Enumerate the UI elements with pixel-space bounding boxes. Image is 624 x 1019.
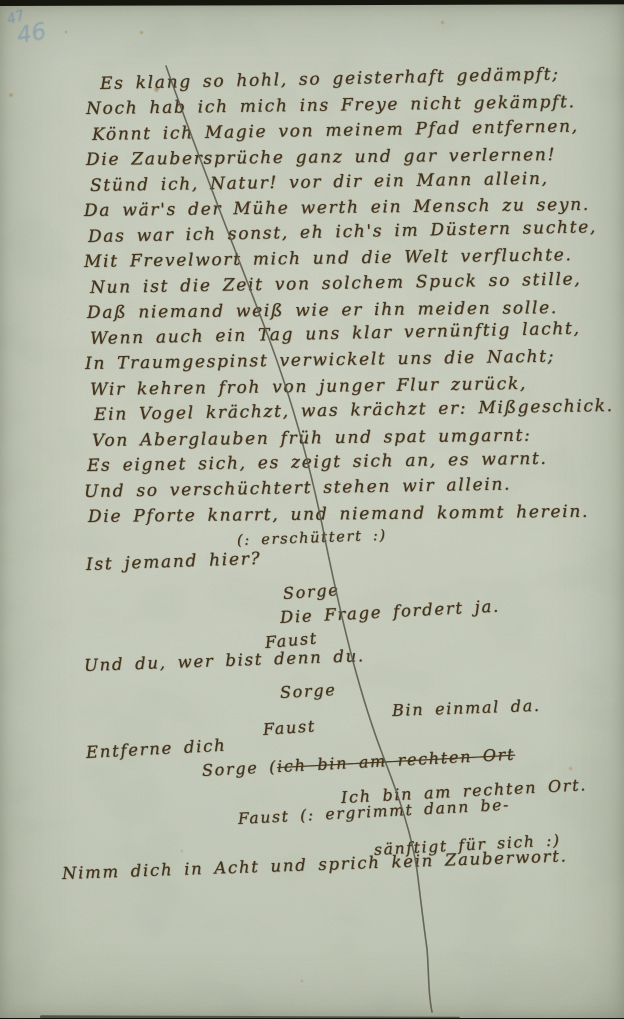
manuscript-line: Faust [262,716,316,739]
manuscript-line: Sorge [280,680,337,702]
manuscript-line: Daß niemand weiß wie er ihn meiden solle… [87,298,558,323]
manuscript-line: Ist jemand hier? [86,549,262,575]
manuscript-line: Die Pforte knarrt, und niemand kommt her… [88,502,589,527]
manuscript-line: Nimm dich in Acht und sprich kein Zauber… [62,846,568,883]
manuscript-line: Bin einmal da. [392,696,541,720]
manuscript-line: In Traumgespinst verwickelt uns die Nach… [85,347,555,374]
manuscript-line: Sorge (ich bin am rechten Ort [202,745,516,780]
manuscript-line: Das war ich sonst, eh ich's im Düstern s… [88,217,597,247]
manuscript-line: Und du, wer bist denn du. [84,646,365,675]
manuscript-line: Und so verschüchtert stehen wir allein. [84,475,512,502]
scan-edge-bottom [40,1015,460,1019]
manuscript-line: (: erschüttert :) [237,528,387,549]
handwritten-text-layer: Es klang so hohl, so geisterhaft gedämpf… [0,4,624,1018]
manuscript-line: Könnt ich Magie von meinem Pfad entferne… [92,117,579,145]
manuscript-screenshot: { "document_colors": { "paper": "#cbd1c2… [0,0,624,1019]
manuscript-line: Wenn auch ein Tag uns klar vernünftig la… [90,319,581,349]
manuscript-line: Die Zaubersprüche ganz und gar verlernen… [86,145,556,170]
manuscript-line: Nun ist die Zeit von solchem Spuck so st… [90,269,582,298]
manuscript-line: Stünd ich, Natur! vor dir ein Mann allei… [90,169,549,196]
manuscript-line: Es eignet sich, es zeigt sich an, es war… [87,449,548,476]
manuscript-line: Von Aberglauben früh und spat umgarnt: [92,426,532,451]
manuscript-line: Noch hab ich mich ins Freye nicht gekämp… [86,92,576,119]
manuscript-line: Wir kehren froh von junger Flur zurück, [90,374,527,400]
struck-through-text: ich bin am rechten Ort [277,745,516,776]
paper-sheet: 47 46 Es klang so hohl, so geisterhaft g… [0,4,624,1018]
manuscript-line: Da wär's der Mühe werth ein Mensch zu se… [84,195,590,221]
manuscript-line: Entferne dich [86,736,227,762]
manuscript-line: Es klang so hohl, so geisterhaft gedämpf… [100,64,560,94]
manuscript-line: Mit Frevelwort mich und die Welt verfluc… [84,245,573,272]
manuscript-line: Die Frage fordert ja. [280,596,501,626]
archival-number-bottom: 46 [15,19,48,50]
manuscript-line: Sorge [282,580,340,603]
manuscript-line: Ein Vogel krächzt, was krächzt er: Mißge… [94,396,614,425]
manuscript-scan: 47 46 Es klang so hohl, so geisterhaft g… [0,0,624,1019]
